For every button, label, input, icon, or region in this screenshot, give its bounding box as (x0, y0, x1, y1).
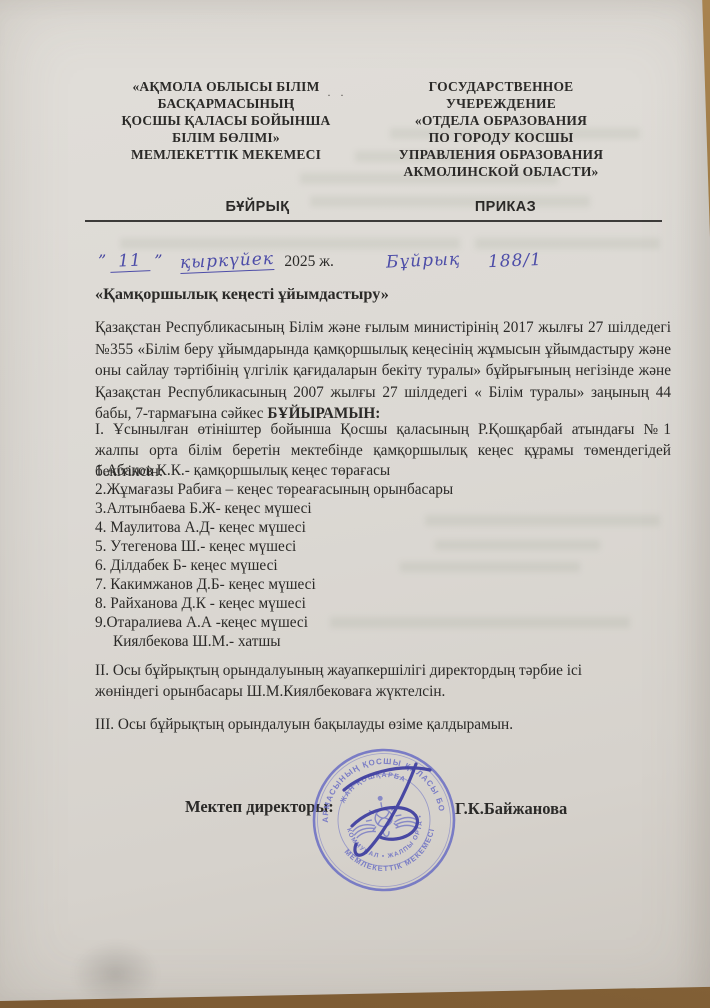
order-item-3: III. Осы бұйрықтың орындалуын бақылауды … (95, 714, 655, 735)
org-line: УПРАВЛЕНИЯ ОБРАЗОВАНИЯ (362, 146, 640, 163)
stamp-ring-outer-top-text: АРМАСЫНЫҢ ҚОСШЫ ҚАЛАСЫ БОЙЫНША (298, 734, 446, 836)
council-member: 4. Маулитова А.Д- кеңес мүшесі (95, 518, 655, 537)
preamble-text: Қазақстан Республикасының Білім және ғыл… (95, 319, 671, 422)
handwritten-order-word: Бұйрық (385, 249, 460, 272)
org-line: УЧЕРЕЖДЕНИЕ (362, 95, 640, 112)
org-line: ГОСУДАРСТВЕННОЕ (362, 78, 640, 95)
council-member: 2.Жұмағазы Рабиға – кеңес төреағасының о… (95, 480, 655, 499)
org-line: БІЛІМ БӨЛІМІ» (95, 129, 357, 146)
svg-text:АРМАСЫНЫҢ ҚОСШЫ ҚАЛАСЫ БОЙЫНША: АРМАСЫНЫҢ ҚОСШЫ ҚАЛАСЫ БОЙЫНША (298, 734, 446, 836)
doc-type-kazakh: БҰЙРЫҚ (200, 199, 315, 215)
org-line: МЕМЛЕКЕТТІК МЕКЕМЕСІ (95, 146, 357, 163)
stamp-emblem (347, 791, 419, 842)
order-title: «Қамқоршылық кеңесті ұйымдастыру» (95, 285, 655, 304)
handwritten-day: 11 (110, 250, 151, 273)
org-line: ПО ГОРОДУ КОСШЫ (362, 129, 640, 146)
council-member: 7. Какимжанов Д.Б- кеңес мүшесі (95, 575, 655, 594)
council-member: 8. Райханова Д.К - кеңес мүшесі (95, 594, 655, 613)
doc-type-russian: ПРИКАЗ (448, 199, 563, 215)
document-photo: · · «АҚМОЛА ОБЛЫСЫ БІЛІМ БАСҚАРМАСЫНЫҢ Қ… (0, 0, 710, 1008)
council-member: 6. Ділдабек Б- кеңес мүшесі (95, 556, 655, 575)
preamble-paragraph: Қазақстан Республикасының Білім және ғыл… (95, 317, 671, 425)
official-round-stamp: АРМАСЫНЫҢ ҚОСШЫ ҚАЛАСЫ БОЙЫНША МЕМЛЕКЕТТ… (310, 746, 458, 894)
council-member: 3.Алтынбаева Б.Ж- кеңес мүшесі (95, 499, 655, 518)
date-line: ” 11 ” қыркүйек 2025 ж. Бұйрық 188/1 (98, 251, 658, 279)
org-line: БАСҚАРМАСЫНЫҢ (95, 95, 357, 112)
org-name-kazakh: «АҚМОЛА ОБЛЫСЫ БІЛІМ БАСҚАРМАСЫНЫҢ ҚОСШЫ… (95, 78, 357, 163)
bleed-through-smudge (475, 238, 660, 249)
council-secretary: Киялбекова Ш.М.- хатшы (95, 632, 655, 651)
org-name-russian: ГОСУДАРСТВЕННОЕ УЧЕРЕЖДЕНИЕ «ОТДЕЛА ОБРА… (362, 78, 640, 180)
council-member: 5. Утегенова Ш.- кеңес мүшесі (95, 537, 655, 556)
stamp-graphic: АРМАСЫНЫҢ ҚОСШЫ ҚАЛАСЫ БОЙЫНША МЕМЛЕКЕТТ… (298, 734, 469, 905)
bleed-through-smudge (120, 238, 460, 249)
council-member-list: 1.Абаков К.К.- қамқоршылық кеңес төрағас… (95, 461, 655, 651)
paper-sheet: · · «АҚМОЛА ОБЛЫСЫ БІЛІМ БАСҚАРМАСЫНЫҢ Қ… (0, 0, 710, 1008)
header-divider-line (85, 220, 662, 222)
handwritten-order-number: 188/1 (488, 250, 543, 272)
org-line: «АҚМОЛА ОБЛЫСЫ БІЛІМ (95, 78, 357, 95)
org-line: ҚОСШЫ ҚАЛАСЫ БОЙЫНША (95, 112, 357, 129)
handwritten-month: қыркүйек (180, 249, 275, 274)
org-line: АКМОЛИНСКОЙ ОБЛАСТИ» (362, 163, 640, 180)
close-quote: ” (154, 251, 162, 270)
order-item-2: II. Осы бұйрықтың орындалуының жауапкерш… (95, 660, 643, 702)
director-name: Г.К.Байжанова (455, 799, 567, 819)
org-line: «ОТДЕЛА ОБРАЗОВАНИЯ (362, 112, 640, 129)
open-quote: ” (98, 251, 106, 270)
printed-year: 2025 ж. (284, 253, 333, 270)
council-member: 9.Отаралиева А.А -кеңес мүшесі (95, 613, 655, 632)
shadow-smudge (68, 938, 163, 1008)
council-member: 1.Абаков К.К.- қамқоршылық кеңес төрағас… (95, 461, 655, 480)
